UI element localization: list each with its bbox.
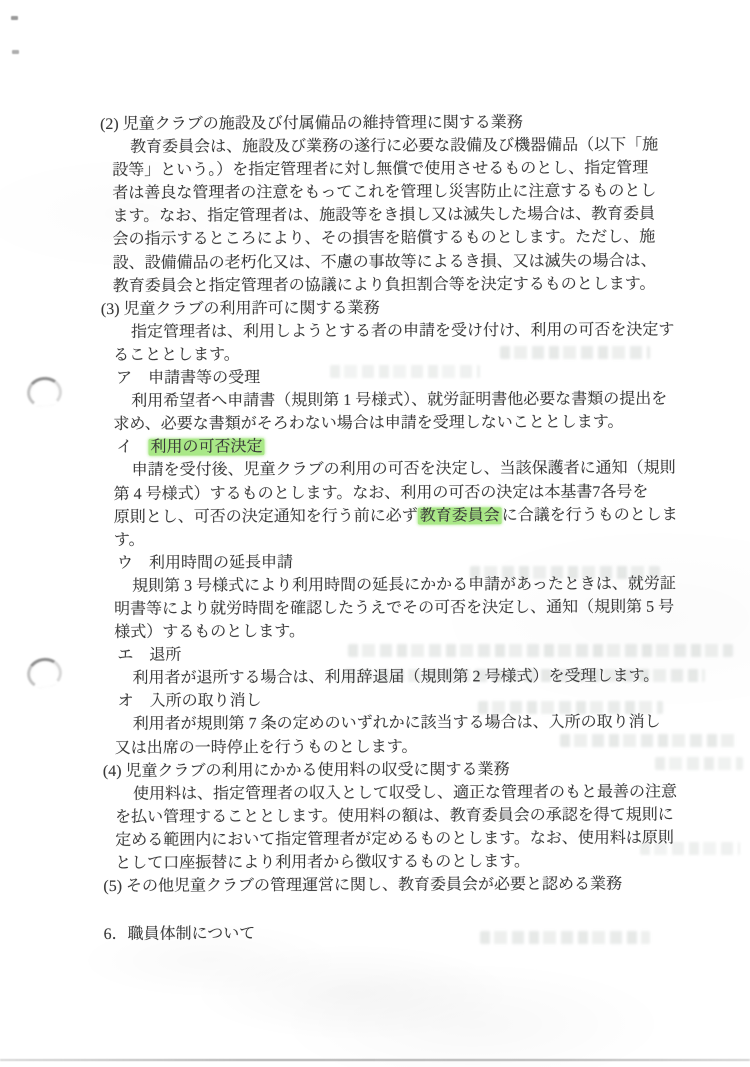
text-line: す。 [114, 526, 682, 552]
text-line: 第 4 号様式）するものとします。なお、利用の可否の決定は本基書7各号を [114, 480, 682, 506]
text-run: (5) その他児童クラブの管理運営に関し、教育委員会が必要と認める業務 [103, 876, 622, 895]
text-run: 定める範囲内において指定管理者が定めるものとします。なお、使用料は原則 [115, 829, 674, 848]
text-run: 設、設備備品の老朽化又は、不慮の事故等によるき損、又は滅失の場合は、 [113, 252, 657, 271]
text-run: イ [116, 439, 148, 456]
text-line: 使用料は、指定管理者の収入として収受し、適正な管理者のもと最善の注意 [133, 780, 683, 805]
text-line: 利用者が規則第 7 条の定めのいずれかに該当する場合は、入所の取り消し [133, 711, 683, 736]
text-run: に合議を行うものとしま [502, 506, 678, 524]
text-line: 原則とし、可否の決定通知を行う前に必ず教育委員会に合議を行うものとしま [114, 503, 682, 529]
text-line: 者は善良な管理者の注意をもってこれを管理し災害防止に注意するものとし [112, 180, 680, 206]
page-bottom-edge [0, 1059, 750, 1061]
text-line: (4) 児童クラブの利用にかかる使用料の収受に関する業務 [103, 757, 683, 783]
text-run: ます。なお、指定管理者は、施設等をき損し又は滅失した場合は、教育委員 [112, 206, 655, 225]
text-run: 教育委員会と指定管理者の協議により負担割合等を決定するものとします。 [113, 275, 656, 294]
text-run: 様式）するものとします。 [114, 623, 305, 641]
text-line: 利用希望者へ申請書（規則第 1 号様式）、就労証明書他必要な書類の提出を [131, 388, 681, 413]
text-run: 求め、必要な書類がそろわない場合は申請を受理しないこととします。 [113, 414, 623, 433]
text-line: を払い管理することとします。使用料の額は、教育委員会の承認を得て規則に [115, 803, 683, 829]
text-line: ることとします。 [113, 341, 681, 367]
text-line: 指定管理者は、利用しようとする者の申請を受け付け、利用の可否を決定す [131, 318, 681, 343]
text-run: として口座振替により利用者から徴収するものとします。 [115, 853, 530, 872]
text-run: ア 申請書等の受理 [116, 369, 260, 387]
text-run: 者は善良な管理者の注意をもってこれを管理し災害防止に注意するものとし [112, 183, 656, 202]
text-line: 会の指示するところにより、その損害を賠償するものとします。ただし、施 [113, 226, 681, 252]
text-line: (3) 児童クラブの利用許可に関する業務 [101, 295, 681, 321]
text-run: ウ 利用時間の延長申請 [117, 554, 293, 572]
text-run: (3) 児童クラブの利用許可に関する業務 [101, 300, 380, 318]
text-run: 利用者が退所する場合は、利用辞退届（規則第 2 号様式）を受理します。 [132, 668, 659, 687]
highlighted-text: 教育委員会 [418, 507, 502, 524]
text-run: 第 4 号様式）するものとします。なお、利用の可否の決定は本基書7各号を [114, 483, 649, 502]
text-line: 教育委員会は、施設及び業務の遂行に必要な設備及び機器備品（以下「施 [130, 134, 680, 159]
punch-hole [25, 655, 65, 692]
text-run: (4) 児童クラブの利用にかかる使用料の収受に関する業務 [103, 761, 510, 780]
text-line: ア 申請書等の受理 [116, 364, 681, 390]
highlighted-text: 利用の可否決定 [148, 439, 264, 457]
text-line: 申請を受付後、児童クラブの利用の可否を決定し、当該保護者に通知（規則 [132, 457, 682, 482]
text-line: ます。なお、指定管理者は、施設等をき損し又は滅失した場合は、教育委員 [112, 203, 680, 229]
text-line: 規則第 3 号様式により利用時間の延長にかかる申請があったときは、就労証 [132, 572, 682, 597]
document-page: (2) 児童クラブの施設及び付属備品の維持管理に関する業務教育委員会は、施設及び… [0, 0, 750, 1067]
text-run: 申請を受付後、児童クラブの利用の可否を決定し、当該保護者に通知（規則 [132, 460, 676, 479]
text-line: 教育委員会と指定管理者の協議により負担割合等を決定するものとします。 [113, 272, 681, 298]
text-line: として口座振替により利用者から徴収するものとします。 [115, 849, 683, 875]
text-line: 又は出席の一時停止を行うものとします。 [115, 734, 683, 760]
text-run: 教育委員会は、施設及び業務の遂行に必要な設備及び機器備品（以下「施 [130, 137, 658, 156]
text-run: 6．職員体制について [104, 926, 256, 944]
text-run: 原則とし、可否の決定通知を行う前に必ず [114, 507, 418, 525]
text-line: オ 入所の取り消し [118, 688, 683, 714]
text-line: 明書等により就労時間を確認したうえでその可否を決定し、通知（規則第 5 号 [114, 595, 682, 621]
text-line: (2) 児童クラブの施設及び付属備品の維持管理に関する業務 [100, 110, 680, 136]
text-line: (5) その他児童クラブの管理運営に関し、教育委員会が必要と認める業務 [103, 873, 683, 899]
text-run: 使用料は、指定管理者の収入として収受し、適正な管理者のもと最善の注意 [133, 783, 677, 802]
text-run: 明書等により就労時間を確認したうえでその可否を決定し、通知（規則第 5 号 [114, 598, 674, 617]
text-line: 6．職員体制について [104, 921, 684, 947]
text-run: す。 [114, 531, 145, 548]
text-line: イ 利用の可否決定 [116, 434, 681, 460]
text-line: 様式）するものとします。 [114, 619, 682, 645]
text-line: 設等」という。）を指定管理者に対し無償で使用させるものとし、指定管理 [112, 157, 680, 183]
text-line: 利用者が退所する場合は、利用辞退届（規則第 2 号様式）を受理します。 [132, 665, 682, 690]
text-run: を払い管理することとします。使用料の額は、教育委員会の承認を得て規則に [115, 806, 674, 825]
text-run: 利用者が規則第 7 条の定めのいずれかに該当する場合は、入所の取り消し [133, 714, 661, 733]
scan-speck [12, 50, 19, 54]
text-run: ることとします。 [113, 346, 240, 364]
text-line: 求め、必要な書類がそろわない場合は申請を受理しないこととします。 [113, 411, 681, 437]
text-line: 設、設備備品の老朽化又は、不慮の事故等によるき損、又は滅失の場合は、 [113, 249, 681, 275]
document-text: (2) 児童クラブの施設及び付属備品の維持管理に関する業務教育委員会は、施設及び… [100, 110, 684, 946]
text-run: 設等」という。）を指定管理者に対し無償で使用させるものとし、指定管理 [112, 160, 648, 179]
punch-hole [25, 375, 63, 409]
text-run: 会の指示するところにより、その損害を賠償するものとします。ただし、施 [113, 229, 656, 248]
text-run: 又は出席の一時停止を行うものとします。 [115, 738, 418, 756]
text-line: 定める範囲内において指定管理者が定めるものとします。なお、使用料は原則 [115, 826, 683, 852]
text-run: 利用希望者へ申請書（規則第 1 号様式）、就労証明書他必要な書類の提出を [131, 391, 667, 410]
text-line: エ 退所 [117, 642, 682, 668]
text-line: ウ 利用時間の延長申請 [117, 549, 682, 575]
text-run: 指定管理者は、利用しようとする者の申請を受け付け、利用の可否を決定す [131, 321, 674, 340]
scan-speck [11, 16, 18, 20]
text-run: 規則第 3 号様式により利用時間の延長にかかる申請があったときは、就労証 [132, 575, 676, 594]
text-run: オ 入所の取り消し [118, 693, 262, 711]
text-run: (2) 児童クラブの施設及び付属備品の維持管理に関する業務 [100, 114, 523, 133]
text-run: エ 退所 [117, 647, 181, 664]
